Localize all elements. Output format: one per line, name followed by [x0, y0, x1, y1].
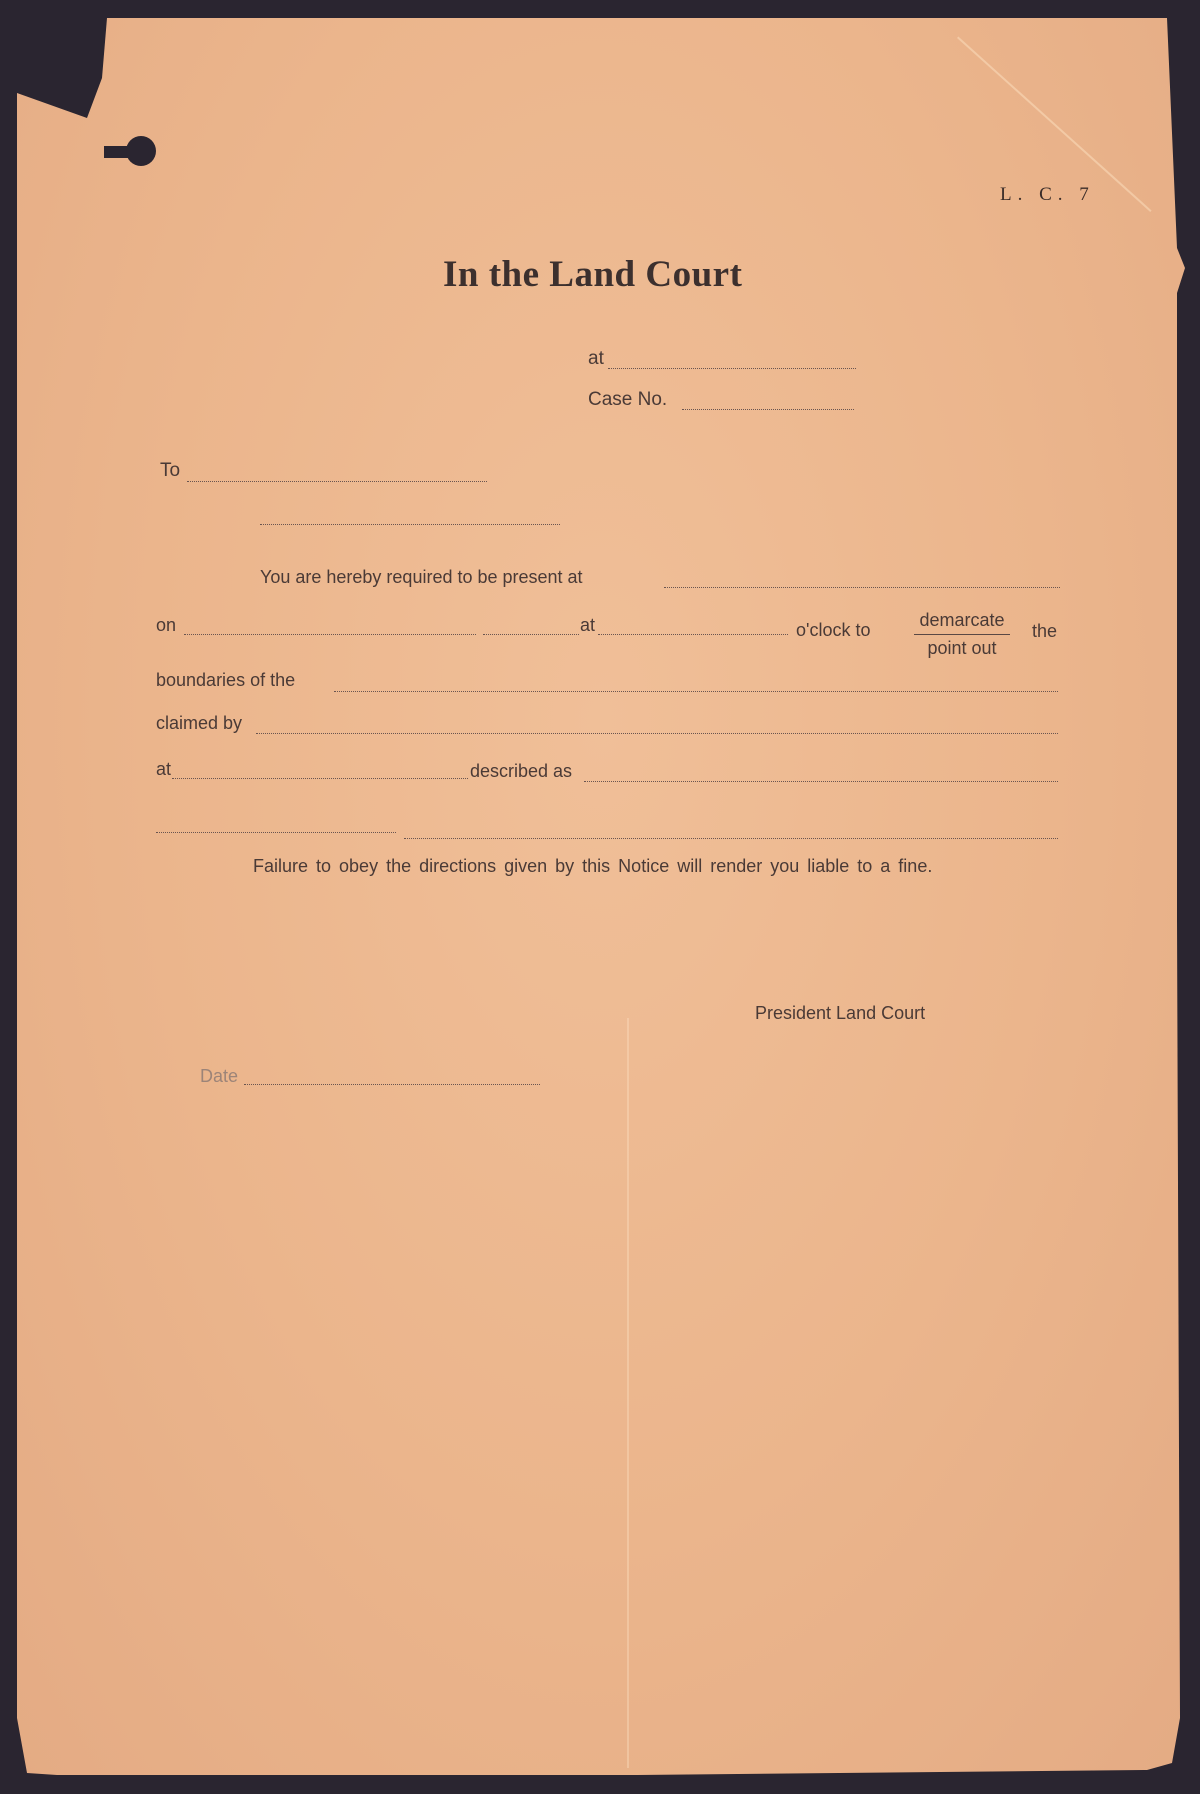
present-at-field[interactable]: [664, 587, 1060, 588]
fraction-rule: [914, 634, 1010, 635]
signature-label: President Land Court: [755, 1003, 925, 1024]
at-place-field[interactable]: [172, 778, 468, 779]
oclock-to-label: o'clock to: [796, 620, 870, 641]
the-label: the: [1032, 621, 1057, 642]
paper-crease: [627, 1018, 629, 1768]
demarcate-option: demarcate: [912, 610, 1012, 631]
described-as-label: described as: [470, 761, 572, 782]
location-field[interactable]: [608, 368, 856, 369]
time-field[interactable]: [598, 634, 788, 635]
action-fraction: demarcate point out: [912, 610, 1012, 659]
date-field-cont[interactable]: [483, 634, 579, 635]
punch-hole: [126, 136, 156, 166]
at-place-label: at: [156, 759, 171, 780]
date-field[interactable]: [184, 634, 476, 635]
on-label: on: [156, 615, 176, 636]
description-field-line2a[interactable]: [156, 832, 396, 833]
description-field-line2b[interactable]: [404, 838, 1058, 839]
case-no-field[interactable]: [682, 409, 854, 410]
page-title: In the Land Court: [443, 253, 742, 296]
at-time-label: at: [580, 615, 595, 636]
claimed-by-field[interactable]: [256, 733, 1058, 734]
to-field-line2[interactable]: [260, 524, 560, 525]
boundaries-field[interactable]: [334, 691, 1058, 692]
claimed-by-label: claimed by: [156, 713, 242, 734]
present-at-label: You are hereby required to be present at: [260, 567, 583, 588]
boundaries-label: boundaries of the: [156, 670, 295, 691]
date-label: Date: [200, 1066, 238, 1087]
point-out-option: point out: [912, 638, 1012, 659]
description-field[interactable]: [584, 781, 1058, 782]
to-label: To: [160, 460, 180, 482]
at-label: at: [588, 348, 604, 370]
issue-date-field[interactable]: [244, 1084, 540, 1085]
form-code: L. C. 7: [1000, 184, 1095, 206]
warning-notice: Failure to obey the directions given by …: [253, 856, 932, 877]
case-no-label: Case No.: [588, 389, 667, 411]
to-field-line1[interactable]: [187, 481, 487, 482]
